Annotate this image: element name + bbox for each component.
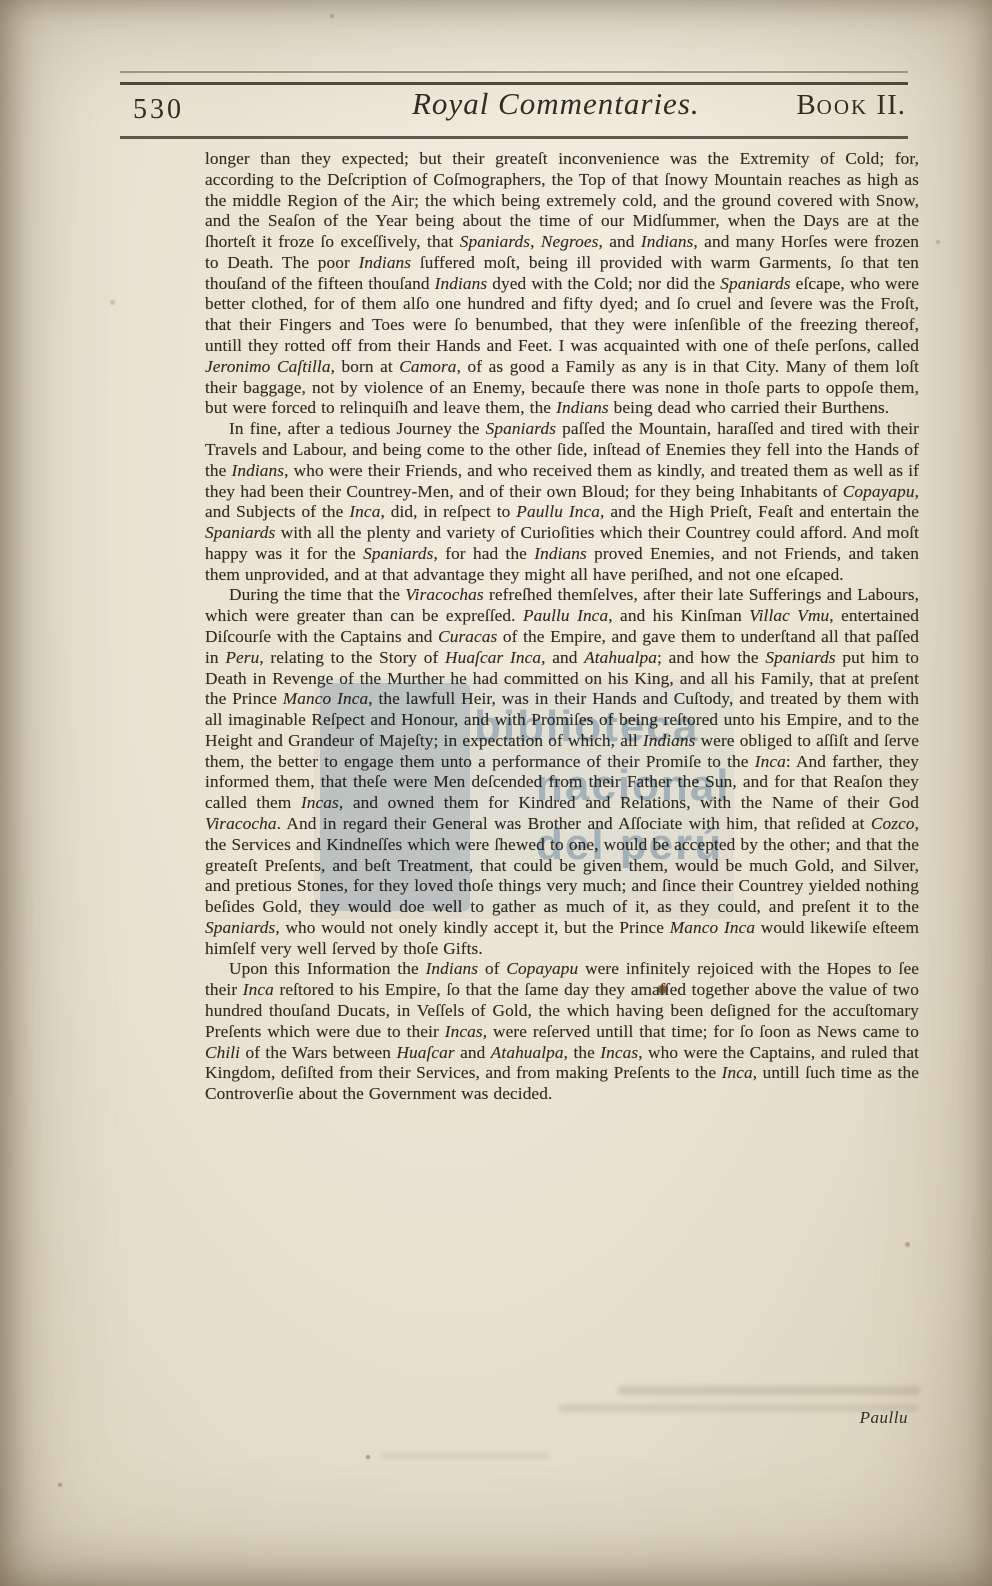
running-title: Royal Commentaries. <box>412 86 700 122</box>
book-word-initial: B <box>796 89 816 121</box>
foxing-spot <box>110 300 115 305</box>
paragraph: During the time that the Viracochas refr… <box>205 585 919 959</box>
paragraph: In fine, after a tedious Journey the Spa… <box>205 419 919 585</box>
paragraph: longer than they expected; but their gre… <box>205 149 919 419</box>
header-top-rule <box>120 71 908 85</box>
book-page: 530 Royal Commentaries. BOOK II. longer … <box>0 0 992 1586</box>
body-text: longer than they expected; but their gre… <box>205 149 919 1105</box>
book-word-smallcaps: OOK <box>817 95 869 119</box>
page-number: 530 <box>133 94 184 126</box>
foxing-spot <box>58 1483 62 1487</box>
foxing-spot <box>366 1455 370 1459</box>
book-label: BOOK II. <box>796 89 906 122</box>
foxing-spot <box>330 14 334 18</box>
foxing-spot <box>936 240 940 244</box>
book-numeral: II. <box>868 89 906 121</box>
page-bleedthrough <box>618 1386 920 1395</box>
paragraph: Upon this Information the Indians of Cop… <box>205 959 919 1104</box>
foxing-spot <box>905 1242 910 1247</box>
page-bleedthrough <box>380 1452 550 1459</box>
catchword: Paullu <box>860 1408 908 1428</box>
header-bottom-rule <box>120 136 908 139</box>
